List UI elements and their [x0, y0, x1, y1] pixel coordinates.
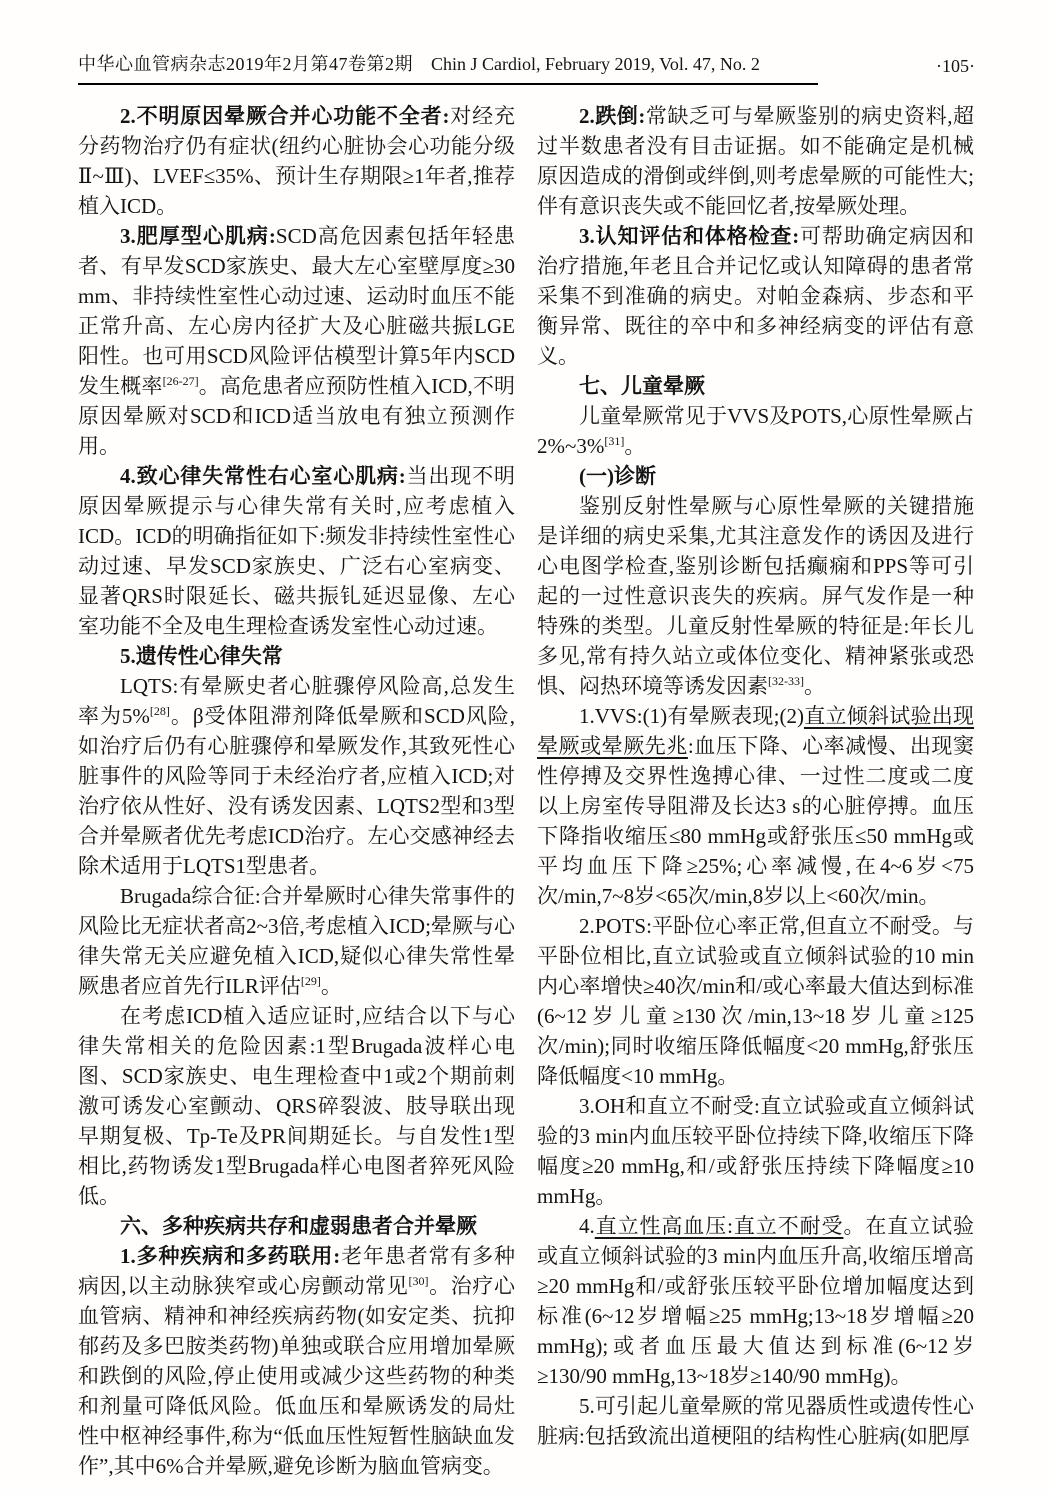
paragraph: 在考虑ICD植入适应证时,应结合以下与心律失常相关的危险因素:1型Brugada…: [78, 1001, 515, 1211]
reference-superscript: [29]: [301, 974, 321, 988]
section-heading: 七、儿童晕厥: [537, 371, 974, 401]
journal-page: 中华心血管病杂志2019年2月第47卷第2期Chin J Cardiol, Fe…: [0, 0, 1050, 1496]
text-run: 2.POTS:平卧位心率正常,但直立不耐受。与平卧位相比,直立试验或直立倾斜试验…: [537, 914, 974, 1088]
article-body: 2.不明原因晕厥合并心功能不全者:对经充分药物治疗仍有症状(纽约心脏协会心功能分…: [78, 101, 975, 1481]
reference-superscript: [31]: [604, 434, 624, 448]
bold-lead-text: 2.不明原因晕厥合并心功能不全者:: [120, 104, 449, 128]
paragraph: 5.可引起儿童晕厥的常见器质性或遗传性心脏病:包括致流出道梗阻的结构性心脏病(如…: [537, 1391, 974, 1451]
text-run: 在考虑ICD植入适应证时,应结合以下与心律失常相关的危险因素:1型Brugada…: [78, 1004, 515, 1208]
text-run: 。在直立试验或直立倾斜试验的3 min内血压升高,收缩压增高≥20 mmHg和/…: [537, 1214, 974, 1388]
text-run: 鉴别反射性晕厥与心原性晕厥的关键措施是详细的病史采集,尤其注意发作的诱因及进行心…: [537, 494, 974, 698]
reference-superscript: [28]: [150, 704, 170, 718]
paragraph: 2.POTS:平卧位心率正常,但直立不耐受。与平卧位相比,直立试验或直立倾斜试验…: [537, 911, 974, 1091]
paragraph: LQTS:有晕厥史者心脏骤停风险高,总发生率为5%[28]。β受体阻滞剂降低晕厥…: [78, 671, 515, 881]
text-run: 当出现不明原因晕厥提示与心律失常有关时,应考虑植入ICD。ICD的明确指征如下:…: [78, 464, 515, 638]
bold-lead-text: 七、儿童晕厥: [579, 374, 705, 398]
left-column: 2.不明原因晕厥合并心功能不全者:对经充分药物治疗仍有症状(纽约心脏协会心功能分…: [78, 101, 515, 1481]
bold-lead-text: (一)诊断: [579, 464, 656, 488]
paragraph: 4.直立性高血压:直立不耐受。在直立试验或直立倾斜试验的3 min内血压升高,收…: [537, 1211, 974, 1391]
text-run: 。治疗心血管病、精神和神经疾病药物(如安定类、抗抑郁药及多巴胺类药物)单独或联合…: [78, 1274, 515, 1478]
page-header: 中华心血管病杂志2019年2月第47卷第2期Chin J Cardiol, Fe…: [78, 52, 975, 85]
bold-lead-text: 1.多种疾病和多药联用:: [120, 1244, 340, 1268]
text-run: Brugada综合征:合并晕厥时心律失常事件的风险比无症状者高2~3倍,考虑植入…: [78, 884, 515, 998]
text-run: 直立性高血压:直立不耐受: [595, 1214, 844, 1238]
paragraph: 儿童晕厥常见于VVS及POTS,心原性晕厥占2%~3%[31]。: [537, 401, 974, 461]
page-number: ·105·: [936, 54, 975, 78]
text-run: 。: [804, 674, 825, 698]
reference-superscript: [30]: [408, 1274, 428, 1288]
paragraph: 鉴别反射性晕厥与心原性晕厥的关键措施是详细的病史采集,尤其注意发作的诱因及进行心…: [537, 491, 974, 701]
bold-lead-text: 3.肥厚型心肌病:: [120, 224, 276, 248]
journal-citation-cn: 中华心血管病杂志2019年2月第47卷第2期: [78, 54, 413, 74]
paragraph: 1.VVS:(1)有晕厥表现;(2)直立倾斜试验出现晕厥或晕厥先兆:血压下降、心…: [537, 701, 974, 911]
section-heading: 六、多种疾病共存和虚弱患者合并晕厥: [78, 1211, 515, 1241]
bold-lead-text: 4.致心律失常性右心室心肌病:: [120, 464, 406, 488]
paragraph: Brugada综合征:合并晕厥时心律失常事件的风险比无症状者高2~3倍,考虑植入…: [78, 881, 515, 1001]
paragraph: 4.致心律失常性右心室心肌病:当出现不明原因晕厥提示与心律失常有关时,应考虑植入…: [78, 461, 515, 641]
text-run: 5.可引起儿童晕厥的常见器质性或遗传性心脏病:包括致流出道梗阻的结构性心脏病(如…: [537, 1394, 974, 1448]
bold-lead-text: 3.认知评估和体格检查:: [579, 224, 799, 248]
paragraph: 3.认知评估和体格检查:可帮助确定病因和治疗措施,年老且合并记忆或认知障碍的患者…: [537, 221, 974, 371]
text-run: 1.VVS:(1)有晕厥表现;(2): [579, 704, 804, 728]
text-run: 4.: [579, 1214, 595, 1238]
bold-lead-text: 5.遗传性心律失常: [120, 644, 283, 668]
bold-lead-text: 2.跌倒:: [579, 104, 645, 128]
section-heading: 5.遗传性心律失常: [78, 641, 515, 671]
text-run: 。β受体阻滞剂降低晕厥和SCD风险,如治疗后仍有心脏骤停和晕厥发作,其致死性心脏…: [78, 704, 515, 878]
text-run: 3.OH和直立不耐受:直立试验或直立倾斜试验的3 min内血压较平卧位持续下降,…: [537, 1094, 974, 1208]
right-column: 2.跌倒:常缺乏可与晕厥鉴别的病史资料,超过半数患者没有目击证据。如不能确定是机…: [537, 101, 974, 1481]
paragraph: 2.跌倒:常缺乏可与晕厥鉴别的病史资料,超过半数患者没有目击证据。如不能确定是机…: [537, 101, 974, 221]
paragraph: 3.OH和直立不耐受:直立试验或直立倾斜试验的3 min内血压较平卧位持续下降,…: [537, 1091, 974, 1211]
paragraph: 3.肥厚型心肌病:SCD高危因素包括年轻患者、有早发SCD家族史、最大左心室壁厚…: [78, 221, 515, 461]
bold-lead-text: 六、多种疾病共存和虚弱患者合并晕厥: [120, 1214, 477, 1238]
reference-superscript: [26-27]: [163, 374, 199, 388]
reference-superscript: [32-33]: [768, 674, 804, 688]
paragraph: 2.不明原因晕厥合并心功能不全者:对经充分药物治疗仍有症状(纽约心脏协会心功能分…: [78, 101, 515, 221]
text-run: 儿童晕厥常见于VVS及POTS,心原性晕厥占2%~3%: [537, 404, 974, 458]
paragraph: 1.多种疾病和多药联用:老年患者常有多种病因,以主动脉狭窄或心房颤动常见[30]…: [78, 1241, 515, 1481]
journal-citation-en: Chin J Cardiol, February 2019, Vol. 47, …: [431, 54, 760, 74]
text-run: SCD高危因素包括年轻患者、有早发SCD家族史、最大左心室壁厚度≥30 mm、非…: [78, 224, 515, 398]
text-run: 。: [624, 434, 645, 458]
section-heading: (一)诊断: [537, 461, 974, 491]
journal-citation: 中华心血管病杂志2019年2月第47卷第2期Chin J Cardiol, Fe…: [78, 52, 818, 85]
text-run: :血压下降、心率减慢、出现窦性停搏及交界性逸搏心律、一过性二度或二度以上房室传导…: [537, 734, 974, 908]
text-run: 。: [321, 974, 342, 998]
